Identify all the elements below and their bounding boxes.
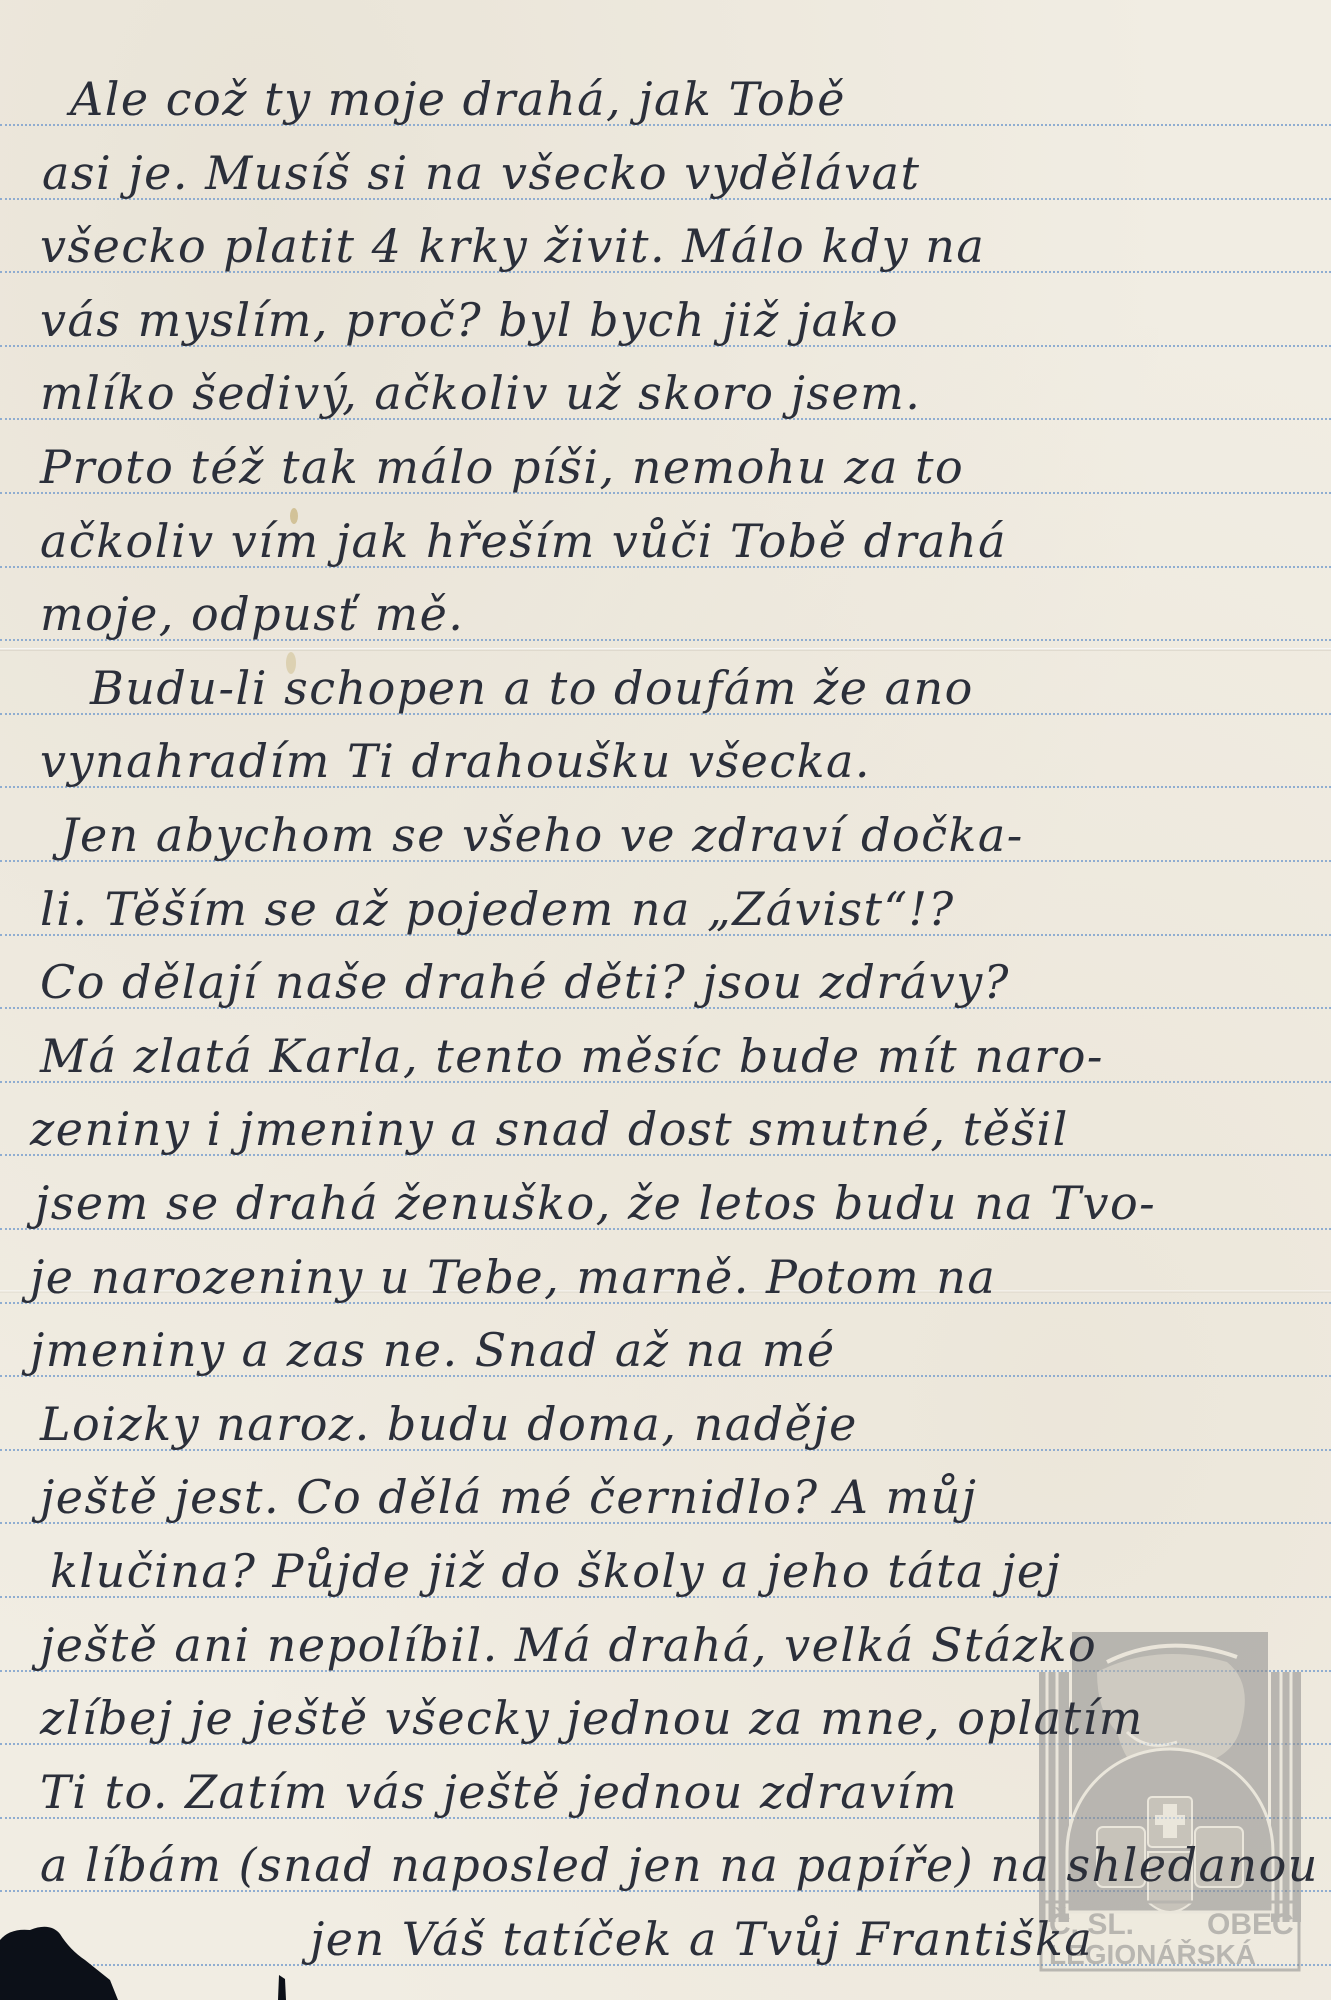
letter-line-text: jsem se drahá ženuško, že letos budu na … [35, 1180, 1156, 1226]
letter-line-text: moje, odpusť mě. [40, 591, 464, 637]
letter-line: zlíbej je ještě všecky jednou za mne, op… [0, 1669, 1331, 1743]
torn-notch [276, 1975, 288, 2000]
letter-line: jen Váš tatíček a Tvůj Františka [0, 1890, 1331, 1964]
letter-line-text: vás myslím, proč? byl bych již jako [40, 297, 899, 343]
letter-line: Ale což ty moje drahá, jak Tobě [0, 50, 1331, 124]
letter-line: zeniny i jmeniny a snad dost smutné, těš… [0, 1080, 1331, 1154]
letter-line: klučina? Půjde již do školy a jeho táta … [0, 1522, 1331, 1596]
letter-line: mlíko šedivý, ačkoliv už skoro jsem. [0, 344, 1331, 418]
letter-line-text: Proto též tak málo píši, nemohu za to [40, 444, 964, 490]
letter-line-text: Ale což ty moje drahá, jak Tobě [70, 76, 846, 122]
letter-line-text: Ti to. Zatím vás ještě jednou zdravím [40, 1769, 958, 1815]
letter-line-text: jen Váš tatíček a Tvůj Františka [310, 1916, 1093, 1962]
letter-line-text: a líbám (snad naposled jen na papíře) na… [40, 1842, 1319, 1888]
letter-line: všecko platit 4 krky živit. Málo kdy na [0, 197, 1331, 271]
letter-line-text: zlíbej je ještě všecky jednou za mne, op… [40, 1695, 1144, 1741]
letter-line-text: li. Těším se až pojedem na „Závist“!? [40, 886, 955, 932]
letter-line: vás myslím, proč? byl bych již jako [0, 271, 1331, 345]
letter-line-text: ještě ani nepolíbil. Má drahá, velká Stá… [40, 1622, 1097, 1668]
letter-line-text: vynahradím Ti drahoušku všecka. [40, 738, 871, 784]
letter-line: Proto též tak málo píši, nemohu za to [0, 418, 1331, 492]
letter-line-text: ještě jest. Co dělá mé černidlo? A můj [40, 1474, 977, 1520]
torn-corner [0, 1920, 140, 2000]
letter-line: li. Těším se až pojedem na „Závist“!? [0, 860, 1331, 934]
letter-line: jsem se drahá ženuško, že letos budu na … [0, 1154, 1331, 1228]
letter-line-text: Co dělají naše drahé děti? jsou zdrávy? [40, 959, 1010, 1005]
letter-line: jmeniny a zas ne. Snad až na mé [0, 1301, 1331, 1375]
letter-line: Jen abychom se všeho ve zdraví dočka- [0, 786, 1331, 860]
letter-line-text: mlíko šedivý, ačkoliv už skoro jsem. [40, 370, 921, 416]
letter-line-text: ačkoliv vím jak hřeším vůči Tobě drahá [40, 518, 1007, 564]
letter-page: Č. SL. OBEC LEGIONÁŘSKÁ Ale což ty moje … [0, 0, 1331, 2000]
letter-line: Budu-li schopen a to doufám že ano [0, 639, 1331, 713]
letter-line-text: asi je. Musíš si na všecko vydělávat [42, 150, 920, 196]
letter-line: moje, odpusť mě. [0, 565, 1331, 639]
letter-line: asi je. Musíš si na všecko vydělávat [0, 124, 1331, 198]
letter-line: Má zlatá Karla, tento měsíc bude mít nar… [0, 1007, 1331, 1081]
letter-line-text: klučina? Půjde již do školy a jeho táta … [50, 1548, 1061, 1594]
letter-line: ačkoliv vím jak hřeším vůči Tobě drahá [0, 492, 1331, 566]
letter-line: Co dělají naše drahé děti? jsou zdrávy? [0, 933, 1331, 1007]
letter-line-text: Má zlatá Karla, tento měsíc bude mít nar… [40, 1033, 1104, 1079]
letter-line-text: všecko platit 4 krky živit. Málo kdy na [40, 223, 985, 269]
letter-line-text: Budu-li schopen a to doufám že ano [90, 665, 974, 711]
letter-line: Loizky naroz. budu doma, naděje [0, 1375, 1331, 1449]
letter-line: Ti to. Zatím vás ještě jednou zdravím [0, 1743, 1331, 1817]
letter-line: ještě jest. Co dělá mé černidlo? A můj [0, 1448, 1331, 1522]
letter-line-text: Jen abychom se všeho ve zdraví dočka- [60, 812, 1024, 858]
letter-line-text: je narozeniny u Tebe, marně. Potom na [30, 1254, 996, 1300]
letter-line-text: zeniny i jmeniny a snad dost smutné, těš… [30, 1106, 1069, 1152]
letter-line: ještě ani nepolíbil. Má drahá, velká Stá… [0, 1596, 1331, 1670]
letter-line: a líbám (snad naposled jen na papíře) na… [0, 1816, 1331, 1890]
letter-line-text: jmeniny a zas ne. Snad až na mé [30, 1327, 836, 1373]
letter-line: vynahradím Ti drahoušku všecka. [0, 712, 1331, 786]
letter-line: je narozeniny u Tebe, marně. Potom na [0, 1228, 1331, 1302]
letter-line-text: Loizky naroz. budu doma, naděje [40, 1401, 858, 1447]
